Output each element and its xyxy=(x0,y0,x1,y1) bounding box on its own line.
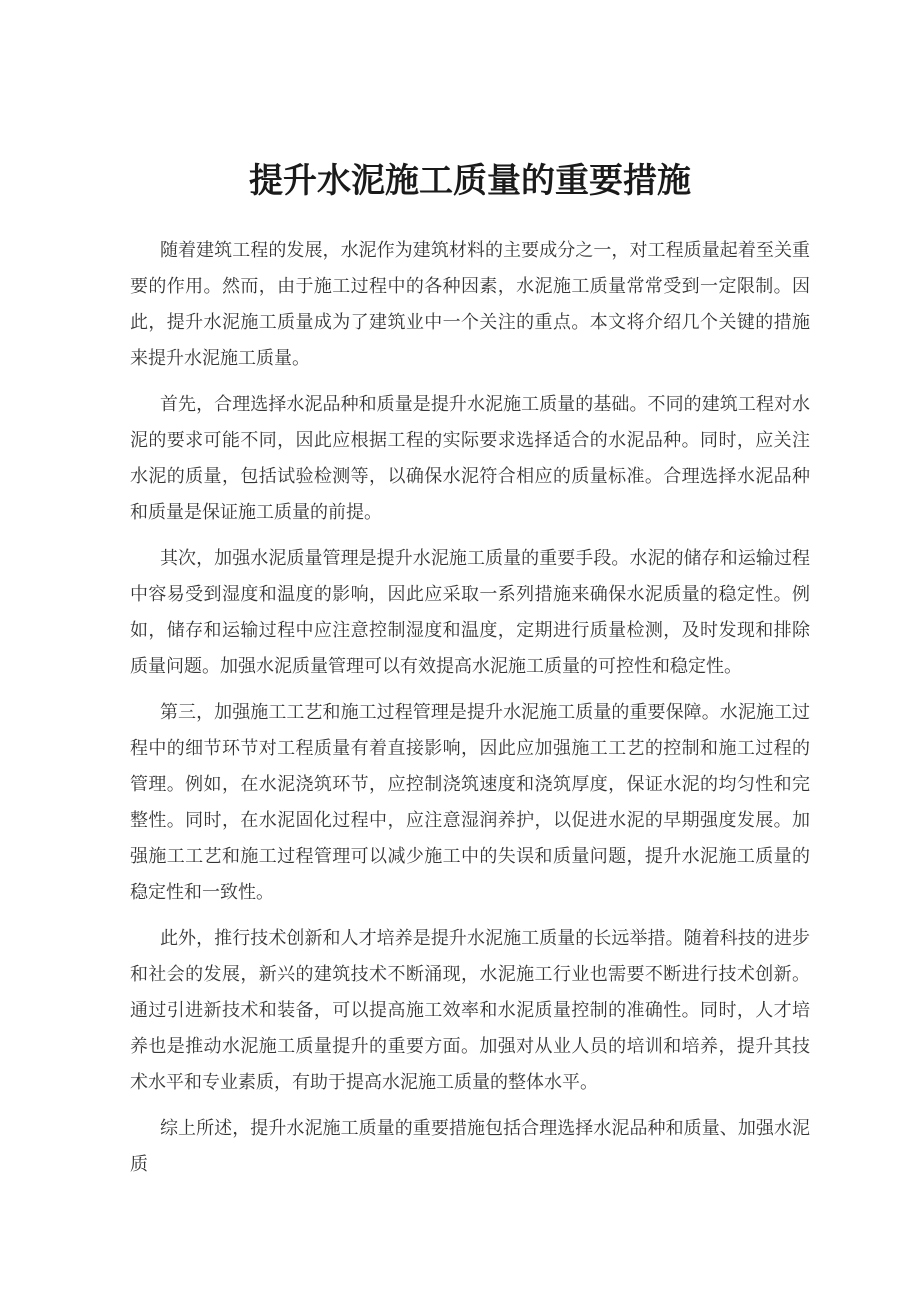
paragraph-second-measure: 其次，加强水泥质量管理是提升水泥施工质量的重要手段。水泥的储存和运输过程中容易受… xyxy=(130,540,810,684)
paragraph-fourth-measure: 此外，推行技术创新和人才培养是提升水泥施工质量的长远举措。随着科技的进步和社会的… xyxy=(130,920,810,1100)
paragraph-conclusion-truncated: 综上所述，提升水泥施工质量的重要措施包括合理选择水泥品种和质量、加强水泥质 xyxy=(130,1110,810,1182)
document-title: 提升水泥施工质量的重要措施 xyxy=(130,158,810,204)
paragraph-third-measure: 第三，加强施工工艺和施工过程管理是提升水泥施工质量的重要保障。水泥施工过程中的细… xyxy=(130,694,810,910)
document-page: 提升水泥施工质量的重要措施 随着建筑工程的发展，水泥作为建筑材料的主要成分之一，… xyxy=(0,0,920,1301)
paragraph-first-measure: 首先，合理选择水泥品种和质量是提升水泥施工质量的基础。不同的建筑工程对水泥的要求… xyxy=(130,386,810,530)
paragraph-intro: 随着建筑工程的发展，水泥作为建筑材料的主要成分之一，对工程质量起着至关重要的作用… xyxy=(130,232,810,376)
